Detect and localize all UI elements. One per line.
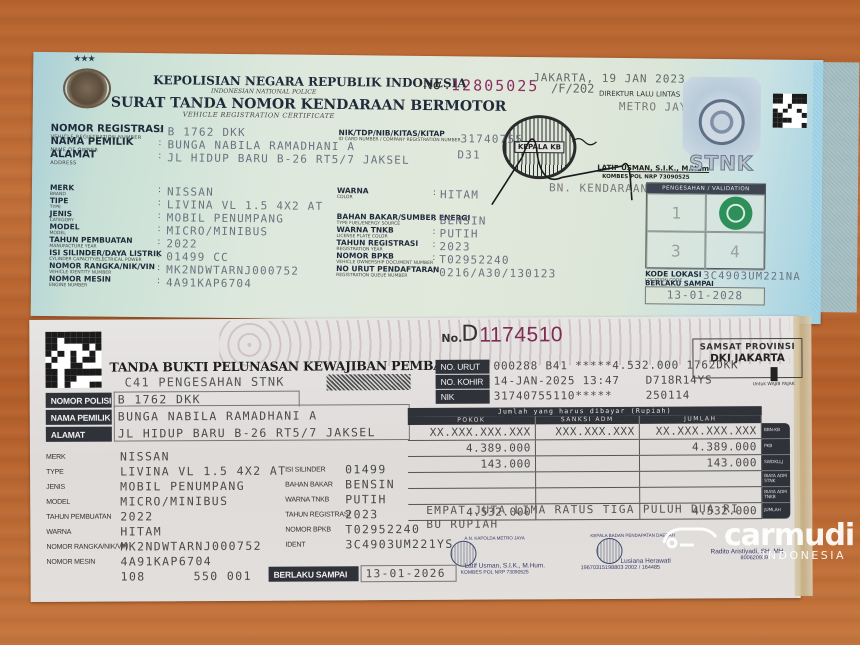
colon: : (158, 211, 161, 221)
field-value: JL HIDUP BARU B-26 RT5/7 JAKSEL (167, 151, 410, 167)
watermark-brand: carmudi (724, 518, 854, 553)
field-value: 2022 (166, 237, 197, 250)
vehicle-row: TAHUN PEMBUATAN2022 (46, 509, 153, 524)
owner-value: JL HIDUP BARU B-26 RT5/7 JAKSEL (118, 425, 376, 441)
field-value: 2023 (439, 240, 470, 253)
colon: : (157, 276, 160, 286)
field-label: ALAMATADDRESS (50, 150, 158, 167)
payment-cell-sanksi: XXX.XXX.XXX (536, 424, 640, 440)
stars-icon: ★★★ (73, 54, 94, 64)
vehicle-label: MODEL (46, 498, 120, 505)
meta-value: 000288 B41 *****4.532.000 1762DKK (493, 358, 738, 373)
vehicle-value: MICRO/MINIBUS (120, 494, 228, 509)
signatory-1: A.N. KAPOLDA METRO JAYA Latif Usman, S.I… (450, 535, 545, 575)
valid-until-label: BERLAKU SAMPAI (269, 566, 359, 581)
payment-row-label: JUMLAH (762, 503, 790, 519)
stnk-hologram-icon: STNK (682, 77, 761, 176)
carmudi-watermark: carmudi INDONESIA (660, 518, 854, 562)
meta-label: NO. KOHIR (436, 375, 490, 389)
field-row: ALAMATADDRESS:JL HIDUP BARU B-26 RT5/7 J… (50, 150, 410, 170)
meta-row: NIK31740755110*****250114 (436, 389, 691, 404)
payment-row (408, 471, 762, 489)
field-value: 4A91KAP6704 (166, 276, 252, 290)
vehicle-row: NOMOR BPKBT02952240 (285, 522, 420, 537)
vehicle-value: NISSAN (120, 449, 170, 463)
police-emblem-icon (63, 68, 111, 109)
vehicle-value: T02952240 (345, 522, 420, 536)
validation-box: PENGESAHAN / VALIDATION 1 3 4 (645, 182, 766, 269)
colon: : (433, 214, 436, 227)
wajib-pajak-marker: Untuk WAJIB PAJAK (753, 366, 795, 387)
vehicle-row: WARNA TNKBPUTIH (285, 492, 387, 507)
payment-cell-pokok: 4.389.000 (408, 440, 536, 456)
vehicle-label: IDENT (285, 541, 345, 548)
owner-row: NOMOR POLISIB 1762 DKK (46, 392, 201, 408)
owner-label: NOMOR POLISI (46, 393, 112, 408)
field-value: 0216/A30/130123 (439, 266, 556, 280)
vehicle-label: ISI SILINDER (285, 466, 345, 473)
colon: : (158, 185, 161, 195)
meta-row: NO. URUT000288 B41 *****4.532.000 1762DK… (435, 358, 738, 374)
owner-label: ALAMAT (46, 427, 112, 442)
owner-value: B 1762 DKK (118, 392, 201, 407)
vehicle-value: 4A91KAP6704 (120, 554, 212, 568)
validation-cell-3: 3 (646, 231, 705, 270)
qr-code-icon (45, 332, 101, 388)
document-title-en: VEHICLE REGISTRATION CERTIFICATE (183, 110, 335, 120)
validation-cell-1: 1 (647, 193, 706, 232)
colon: : (157, 250, 160, 260)
payment-cell-sanksi (536, 488, 640, 504)
colon: : (158, 198, 161, 208)
vehicle-value: LIVINA VL 1.5 4X2 AT (120, 464, 287, 479)
vehicle-value: PUTIH (345, 492, 387, 506)
stamp-icon (596, 538, 622, 564)
vehicle-value: 01499 (345, 462, 387, 476)
valid-until-value: 13-01-2026 (361, 565, 457, 583)
vehicle-label: WARNA TNKB (285, 496, 345, 503)
vehicle-value: 2022 (120, 509, 153, 523)
vehicle-row: MODELMICRO/MINIBUS (46, 494, 228, 509)
meta-label: NO. URUT (435, 360, 489, 374)
id-number-label: NIK/TDP/NIB/KITAS/KITAPID CARD NUMBER / … (338, 129, 460, 143)
payment-cell-pokok: XX.XXX.XXX.XXX (408, 424, 536, 440)
vehicle-label: NOMOR MESIN (47, 558, 121, 565)
signatory-rank: KOMBES POL NRP 73090525 (602, 174, 690, 181)
colon: : (158, 138, 161, 148)
payment-cell-jumlah (640, 471, 762, 487)
payment-cell-pokok (408, 488, 536, 504)
vehicle-row: WARNAHITAM (46, 524, 162, 539)
payment-cell-jumlah (640, 487, 762, 503)
payment-row-label: PKB (762, 439, 790, 455)
owner-row: NAMA PEMILIKBUNGA NABILA RAMADHANI A (46, 409, 318, 425)
vehicle-row: TAHUN REGISTRASI2023 (285, 507, 378, 521)
security-pattern-edge (811, 62, 860, 312)
meta-label: NIK (436, 390, 490, 404)
vehicle-value: HITAM (120, 524, 162, 538)
receipt-subtitle: C41 PENGESAHAN STNK (125, 375, 285, 390)
field-value: HITAM (440, 188, 479, 201)
receipt-series: D (461, 322, 478, 347)
colon: : (432, 227, 435, 240)
payment-cell-pokok (408, 472, 536, 488)
field-value: T02952240 (439, 253, 510, 267)
payment-row: XX.XXX.XXX.XXXXXX.XXX.XXXXX.XXX.XXX.XXX (408, 423, 762, 441)
id-number-extra: D31 (457, 148, 481, 161)
vehicle-row: MERKNISSAN (46, 449, 170, 464)
id-number-value: 31740755 (460, 132, 523, 146)
field-value: B 1762 DKK (168, 125, 246, 139)
director-title: DIREKTUR LALU LINTAS (599, 90, 680, 99)
payment-cell-jumlah: 4.389.000 (640, 439, 762, 455)
footer-code-2: 550 001 (194, 569, 252, 583)
vehicle-value: 3C4903UM221YS (345, 537, 453, 552)
vehicle-label: NOMOR BPKB (285, 526, 345, 533)
validation-cell-4: 4 (705, 232, 764, 271)
qr-code-icon (773, 94, 807, 128)
document-number: 12805025 (451, 76, 539, 95)
colon: : (157, 263, 160, 273)
vehicle-label: TAHUN PEMBUATAN (46, 513, 120, 520)
owner-label: NAMA PEMILIK (46, 410, 112, 425)
owner-row: ALAMATJL HIDUP BARU B-26 RT5/7 JAKSEL (46, 425, 376, 442)
vehicle-row: BAHAN BAKARBENSIN (285, 477, 395, 492)
validation-cell-2 (706, 194, 765, 233)
vehicle-row: JENISMOBIL PENUMPANG (46, 479, 245, 494)
payment-row: 143.000143.000 (408, 455, 762, 473)
vehicle-row: TYPELIVINA VL 1.5 4X2 AT (46, 464, 287, 479)
vehicle-label: TYPE (46, 468, 120, 475)
field-value: 01499 CC (166, 250, 229, 264)
payment-row-labels: BBN-KBPKBSWDKLLJBIAYA ADM STNKBIAYA ADM … (762, 423, 791, 519)
vehicle-row: ISI SILINDER01499 (285, 462, 387, 477)
colon: : (433, 188, 436, 201)
colon: : (432, 240, 435, 253)
colon: : (432, 266, 435, 279)
field-value: PUTIH (440, 227, 479, 240)
owner-value: BUNGA NABILA RAMADHANI A (118, 409, 318, 425)
vehicle-value: BENSIN (345, 477, 395, 491)
vehicle-label: MERK (46, 453, 120, 460)
colon: : (159, 125, 162, 135)
field-label: WARNACOLOR (337, 187, 433, 201)
barcode-icon (327, 374, 411, 390)
receipt-title: TANDA BUKTI PELUNASAN KEWAJIBAN PEMBAYAR… (109, 358, 489, 375)
payment-cell-jumlah: 143.000 (640, 455, 762, 471)
payment-cell-sanksi (536, 472, 640, 488)
validation-seal-icon (718, 196, 752, 230)
payment-row-label: BIAYA ADM STNK (762, 471, 790, 487)
meta-value: 31740755110***** (494, 389, 646, 404)
field-value: MOBIL PENUMPANG (167, 211, 284, 225)
stnk-vehicle-registration-certificate: ★★★ KEPOLISIAN NEGARA REPUBLIK INDONESIA… (31, 52, 824, 324)
field-value: BENSIN (440, 214, 487, 227)
institution-name-en: INDONESIAN NATIONAL POLICE (211, 88, 316, 96)
field-value: MICRO/MINIBUS (167, 224, 269, 238)
vehicle-label: WARNA (46, 528, 120, 535)
colon: : (157, 237, 160, 247)
vehicle-label: JENIS (46, 483, 120, 490)
car-logo-icon (660, 523, 720, 549)
payment-row-label: BIAYA ADM TNKB (762, 487, 790, 503)
payment-cell-pokok: 143.000 (408, 456, 536, 472)
colon: : (158, 151, 161, 161)
field-row: NO URUT PENDAFTARANREGISTRATION QUEUE NU… (336, 265, 557, 280)
valid-until-value: 13-01-2028 (645, 286, 765, 305)
watermark-country: INDONESIA (762, 549, 854, 562)
payment-cell-sanksi (536, 456, 640, 472)
footer-code-1: 108 (121, 569, 146, 583)
meta-value-2: 250114 (646, 389, 691, 403)
colon: : (158, 224, 161, 234)
location-code-value: 3C4903UM221NA (703, 270, 801, 283)
field-value: NISSAN (167, 185, 214, 198)
issue-place-date: JAKARTA, 19 JAN 2023 (533, 71, 686, 86)
field-row: WARNACOLOR:HITAM (337, 187, 479, 201)
payment-cell-jumlah: XX.XXX.XXX.XXX (640, 423, 762, 439)
vehicle-row: NOMOR RANGKA/NIK/VINMK2NDWTARNJ000752 (46, 539, 262, 554)
vehicle-label: NOMOR RANGKA/NIK/VIN (46, 543, 120, 550)
taxpayer-copy-icon (770, 367, 777, 381)
samsat-line1: SAMSAT PROVINSI (693, 342, 801, 353)
payment-row: 4.389.0004.389.000 (408, 439, 762, 457)
receipt-number-label: No. (441, 332, 462, 345)
vehicle-value: MK2NDWTARNJ000752 (120, 539, 262, 554)
amount-words-line1: EMPAT JUTA LIMA RATUS TIGA PULUH DUA RI (426, 502, 739, 518)
vehicle-label: BAHAN BAKAR (285, 481, 345, 488)
payment-row-label: SWDKLLJ (762, 455, 790, 471)
payment-cell-sanksi (536, 440, 640, 456)
payment-row-label: BBN-KB (762, 423, 790, 439)
vehicle-value: 2023 (345, 507, 378, 521)
vehicle-value: MOBIL PENUMPANG (120, 479, 245, 494)
receipt-number: 1174510 (479, 323, 563, 347)
field-row: NOMOR MESINENGINE NUMBER:4A91KAP6704 (49, 275, 252, 290)
field-label: NO URUT PENDAFTARANREGISTRATION QUEUE NU… (336, 265, 432, 279)
meta-value-2: D718R14YS (646, 373, 713, 387)
field-label: NOMOR MESINENGINE NUMBER (49, 275, 157, 289)
meta-row: NO. KOHIR14-JAN-2025 13:47D718R14YS (436, 373, 713, 388)
number-label: No : (423, 78, 449, 93)
meta-value: 14-JAN-2025 13:47 (494, 374, 646, 389)
vehicle-row: NOMOR MESIN4A91KAP6704 (46, 554, 212, 569)
vehicle-row: IDENT3C4903UM221YS (285, 537, 453, 552)
vehicle-label: TAHUN REGISTRASI (285, 511, 345, 518)
